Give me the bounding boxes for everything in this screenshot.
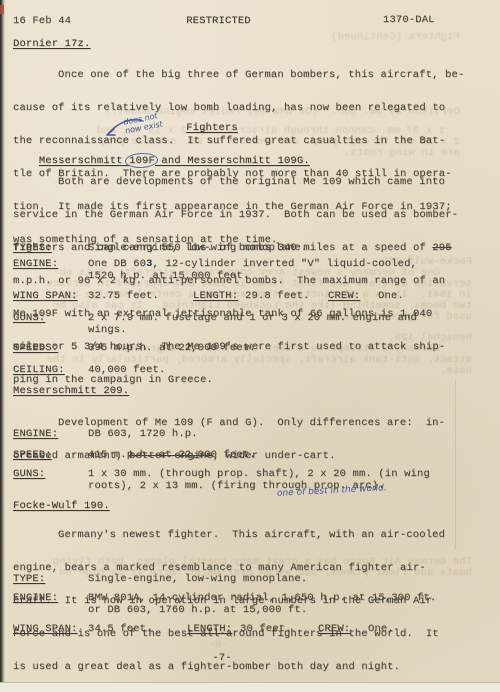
- spec-value: One DB 603, 12-cylinder inverted "V" liq…: [88, 258, 417, 282]
- spec-label: WING SPAN:: [13, 623, 78, 635]
- spec-label: ENGINE:: [13, 592, 58, 604]
- spec-label: ENGINE:: [13, 428, 58, 440]
- spec-value: 2 x 7.9 mm. fuselage and 1 or 3 x 20 mm.…: [88, 312, 417, 336]
- spec-value: 30 feet.: [240, 623, 292, 635]
- classification-stamp: RESTRICTED: [0, 15, 437, 27]
- spec-label: ENGINE:: [13, 258, 58, 270]
- spec-value: DB 603, 1720 h.p.: [88, 428, 198, 440]
- spec-value: One.: [368, 623, 394, 635]
- spec-row-types: TYPES: Single-engine, low-wing monoplane…: [0, 242, 500, 254]
- spec-label: SPEED:: [13, 449, 52, 461]
- spec-value: 395 m.p.h. at 22,000 feet.: [88, 342, 256, 354]
- spec-row-engine-fw190: ENGINE: BMW 801A, 14-cylinder radial, 1,…: [0, 592, 500, 604]
- spec-row-engine: ENGINE: One DB 603, 12-cylinder inverted…: [0, 258, 500, 270]
- paragraph-line: Germany's newest fighter. This aircraft,…: [13, 530, 445, 541]
- spec-row-speeds: SPEEDS: 395 m.p.h. at 22,000 feet.: [0, 342, 500, 354]
- spec-value: One.: [378, 290, 404, 302]
- spec-value: 415 m.p.h. at 22,000 feet.: [88, 449, 256, 461]
- spec-row-ceiling: CEILING: 40,000 feet.: [0, 364, 500, 376]
- paragraph-line: cause of its relatively low bomb loading…: [13, 103, 464, 114]
- spec-row-engine-209: ENGINE: DB 603, 1720 h.p.: [0, 428, 500, 440]
- reference-number: 1370-DAL: [383, 14, 435, 26]
- spec-label: GUNS:: [13, 312, 45, 324]
- red-edge-mark: [0, 5, 4, 14]
- spec-row-dimensions: WING SPAN: 32.75 feet. LENGTH: 29.8 feet…: [0, 290, 500, 302]
- spec-value: 40,000 feet.: [88, 364, 165, 376]
- spec-label: LENGTH:: [193, 290, 238, 302]
- spec-row-speed-209: SPEED: 415 m.p.h. at 22,000 feet.: [0, 449, 500, 461]
- spec-value: Single-engine, low-wing monoplane.: [88, 242, 307, 254]
- spec-row-type-fw190: TYPE: Single-engine, low-wing monoplane.: [0, 573, 500, 585]
- spec-label: WING SPAN:: [13, 290, 78, 302]
- spec-value: BMW 801A, 14-cylinder radial, 1,650 h.p.…: [88, 592, 436, 616]
- paragraph-line: service in the German Air Force in 1937.…: [13, 210, 458, 221]
- page-number: -7-: [0, 652, 444, 664]
- spec-label: LENGTH:: [187, 623, 232, 635]
- paragraph-line: Once one of the big three of German bomb…: [13, 70, 464, 81]
- annotation-arrow-icon: [100, 117, 146, 144]
- spec-label: TYPES:: [13, 242, 52, 254]
- spec-label: SPEEDS:: [13, 342, 58, 354]
- spec-label: GUNS:: [13, 468, 45, 480]
- spec-label: CREW:: [318, 623, 350, 635]
- heading-fighters: Fighters: [0, 122, 424, 134]
- spec-value: Single-engine, low-wing monoplane.: [88, 573, 307, 585]
- spec-row-guns: GUNS: 2 x 7.9 mm. fuselage and 1 or 3 x …: [0, 312, 500, 324]
- spec-row-guns-209: GUNS: 1 x 30 mm. (through prop. shaft), …: [0, 468, 500, 480]
- bleedthrough-line: Fighters (Continued): [331, 31, 460, 43]
- spec-label: CEILING:: [13, 364, 65, 376]
- spec-row-dimensions-fw190: WING SPAN: 34.5 feet. LENGTH: 30 feet. C…: [0, 623, 500, 635]
- scanned-document-page: Fighters (Continued)Oerlikon 20 mm. gun.…: [0, 0, 500, 692]
- spec-value: 32.75 feet.: [88, 290, 159, 302]
- spec-value: 34.5 feet.: [88, 623, 153, 635]
- spec-value: 29.8 feet.: [245, 290, 310, 302]
- paragraph-line: Both are developments of the original Me…: [13, 177, 458, 188]
- spec-label: CREW:: [328, 290, 360, 302]
- spec-label: TYPE:: [13, 573, 45, 585]
